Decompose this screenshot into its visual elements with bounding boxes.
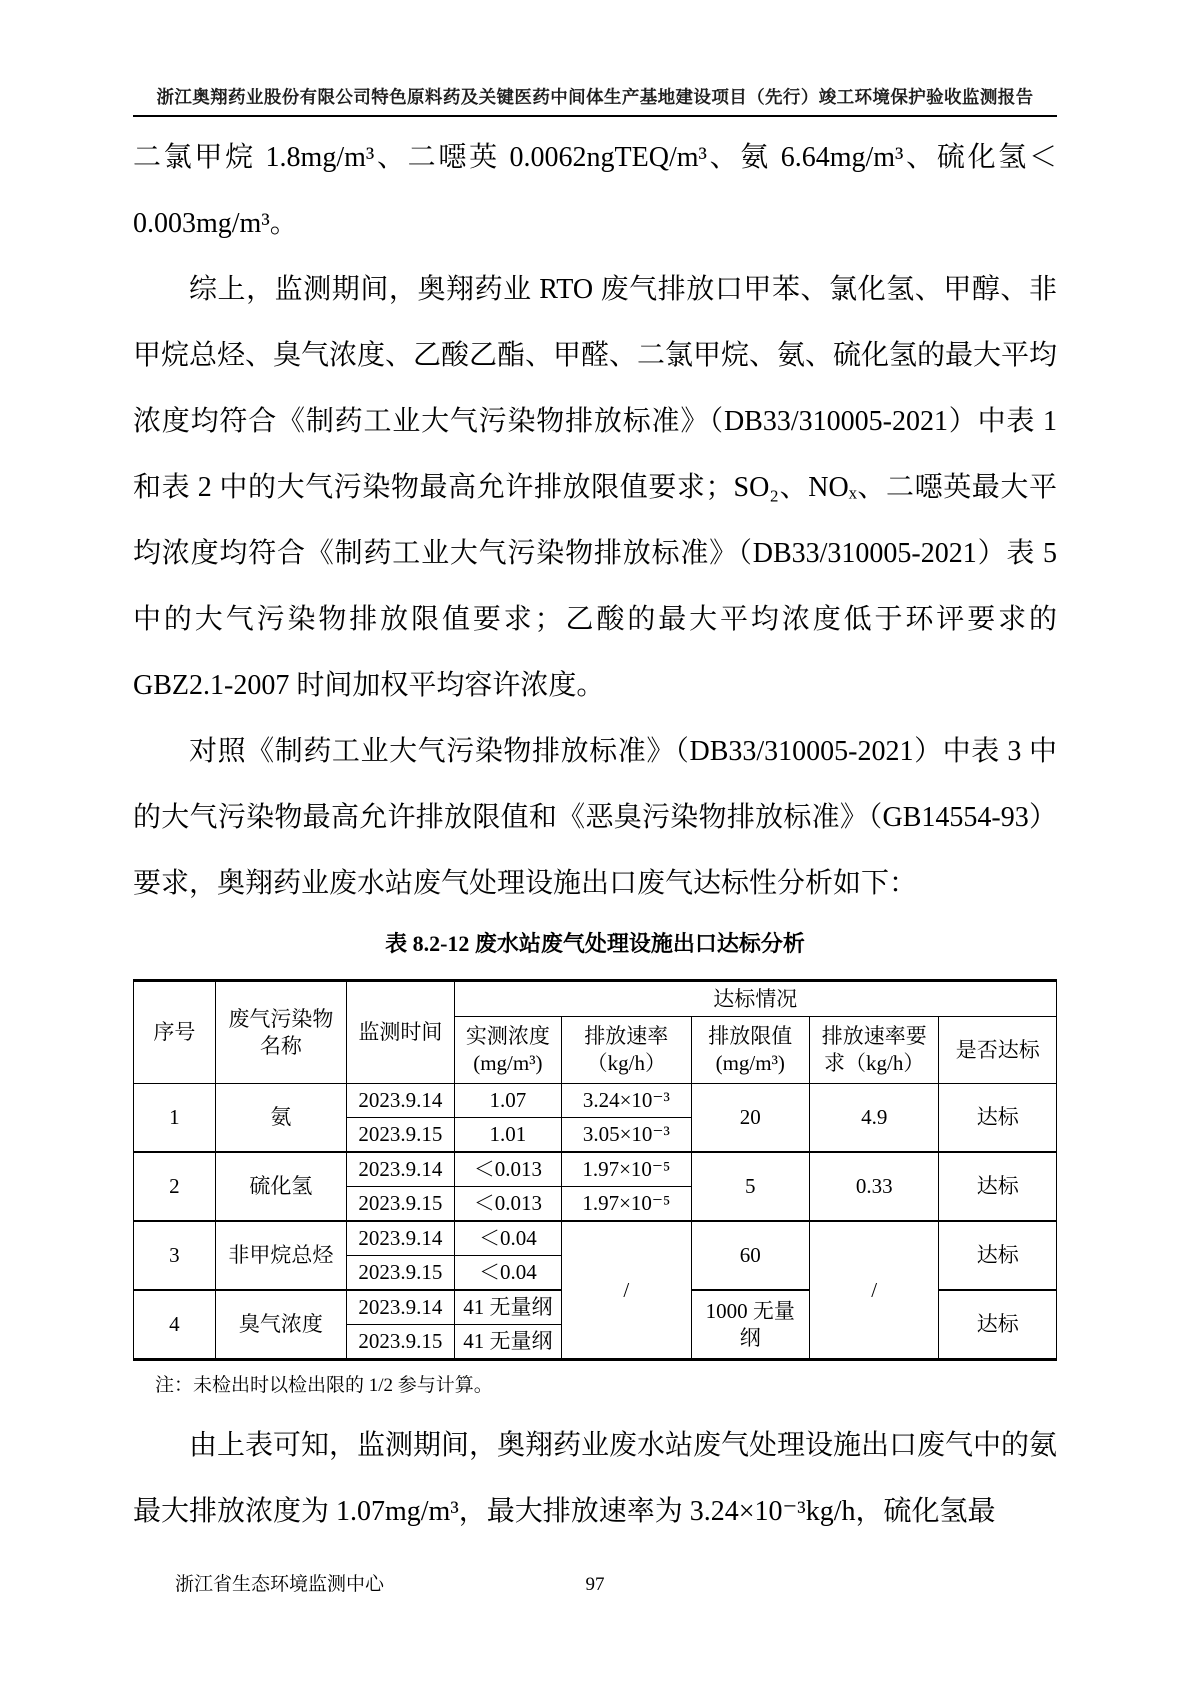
- header-title: 浙江奥翔药业股份有限公司特色原料药及关键医药中间体生产基地建设项目（先行）竣工环…: [133, 84, 1057, 109]
- cell-emission-rate: 3.05×10⁻³: [562, 1118, 691, 1153]
- header-seq: 序号: [134, 981, 216, 1084]
- cell-emission-limit: 1000 无量纲: [691, 1290, 810, 1360]
- cell-emission-limit: 5: [691, 1152, 810, 1221]
- cell-seq: 3: [134, 1221, 216, 1290]
- cell-verdict: 达标: [939, 1152, 1057, 1221]
- paragraph-4: 由上表可知，监测期间，奥翔药业废水站废气处理设施出口废气中的氨最大排放浓度为 1…: [133, 1413, 1057, 1545]
- cell-emission-limit: 60: [691, 1221, 810, 1290]
- cell-date: 2023.9.15: [347, 1256, 455, 1291]
- header-verdict: 是否达标: [939, 1017, 1057, 1084]
- cell-rate-requirement: 0.33: [810, 1152, 939, 1221]
- cell-date: 2023.9.14: [347, 1221, 455, 1256]
- header-measured-conc: 实测浓度 (mg/m³): [454, 1017, 562, 1084]
- cell-measured-conc: 1.07: [454, 1084, 562, 1118]
- cell-emission-rate: 1.97×10⁻⁵: [562, 1187, 691, 1222]
- header-emission-limit: 排放限值 (mg/m³): [691, 1017, 810, 1084]
- document-header: 浙江奥翔药业股份有限公司特色原料药及关键医药中间体生产基地建设项目（先行）竣工环…: [133, 0, 1057, 117]
- table-row: 2 硫化氢 2023.9.14 ＜0.013 1.97×10⁻⁵ 5 0.33 …: [134, 1152, 1057, 1187]
- page-footer: 浙江省生态环境监测中心 97: [133, 1572, 1057, 1598]
- header-rate-requirement: 排放速率要 求（kg/h）: [810, 1017, 939, 1084]
- paragraph-2: 综上，监测期间，奥翔药业 RTO 废气排放口甲苯、氯化氢、甲醇、非甲烷总烃、臭气…: [133, 257, 1057, 719]
- table-row: 3 非甲烷总烃 2023.9.14 ＜0.04 / 60 / 达标: [134, 1221, 1057, 1256]
- cell-pollutant-name: 非甲烷总烃: [215, 1221, 346, 1290]
- cell-seq: 2: [134, 1152, 216, 1221]
- cell-pollutant-name: 臭气浓度: [215, 1290, 346, 1360]
- page-number: 97: [133, 1572, 1057, 1598]
- cell-verdict: 达标: [939, 1084, 1057, 1153]
- cell-measured-conc: ＜0.013: [454, 1152, 562, 1187]
- cell-date: 2023.9.15: [347, 1187, 455, 1222]
- cell-verdict: 达标: [939, 1221, 1057, 1290]
- header-emission-rate: 排放速率 （kg/h）: [562, 1017, 691, 1084]
- cell-emission-rate-merged: /: [562, 1221, 691, 1360]
- cell-measured-conc: 41 无量纲: [454, 1290, 562, 1325]
- header-compliance: 达标情况: [454, 981, 1056, 1017]
- cell-date: 2023.9.14: [347, 1152, 455, 1187]
- cell-pollutant-name: 氨: [215, 1084, 346, 1153]
- document-page: 浙江奥翔药业股份有限公司特色原料药及关键医药中间体生产基地建设项目（先行）竣工环…: [0, 0, 1190, 1683]
- cell-rate-requirement: 4.9: [810, 1084, 939, 1153]
- body-text: 二氯甲烷 1.8mg/m³、二噁英 0.0062ngTEQ/m³、氨 6.64m…: [133, 125, 1057, 917]
- cell-seq: 4: [134, 1290, 216, 1360]
- cell-date: 2023.9.14: [347, 1084, 455, 1118]
- compliance-table: 序号 废气污染物 名称 监测时间 达标情况 实测浓度 (mg/m³) 排放速率 …: [133, 979, 1057, 1361]
- cell-measured-conc: ＜0.04: [454, 1256, 562, 1291]
- cell-emission-rate: 3.24×10⁻³: [562, 1084, 691, 1118]
- paragraph-1: 二氯甲烷 1.8mg/m³、二噁英 0.0062ngTEQ/m³、氨 6.64m…: [133, 125, 1057, 257]
- cell-measured-conc: ＜0.04: [454, 1221, 562, 1256]
- cell-measured-conc: ＜0.013: [454, 1187, 562, 1222]
- cell-emission-rate: 1.97×10⁻⁵: [562, 1152, 691, 1187]
- cell-date: 2023.9.14: [347, 1290, 455, 1325]
- cell-date: 2023.9.15: [347, 1118, 455, 1153]
- cell-measured-conc: 1.01: [454, 1118, 562, 1153]
- header-pollutant: 废气污染物 名称: [215, 981, 346, 1084]
- table-row: 1 氨 2023.9.14 1.07 3.24×10⁻³ 20 4.9 达标: [134, 1084, 1057, 1118]
- paragraph-3: 对照《制药工业大气污染物排放标准》（DB33/310005-2021）中表 3 …: [133, 719, 1057, 917]
- cell-seq: 1: [134, 1084, 216, 1153]
- table-note: 注：未检出时以检出限的 1/2 参与计算。: [133, 1373, 1057, 1399]
- cell-measured-conc: 41 无量纲: [454, 1325, 562, 1360]
- table-title: 表 8.2-12 废水站废气处理设施出口达标分析: [133, 929, 1057, 959]
- cell-date: 2023.9.15: [347, 1325, 455, 1360]
- cell-verdict: 达标: [939, 1290, 1057, 1360]
- cell-pollutant-name: 硫化氢: [215, 1152, 346, 1221]
- header-divider: [133, 115, 1057, 117]
- cell-rate-requirement-merged: /: [810, 1221, 939, 1360]
- header-date: 监测时间: [347, 981, 455, 1084]
- cell-emission-limit: 20: [691, 1084, 810, 1153]
